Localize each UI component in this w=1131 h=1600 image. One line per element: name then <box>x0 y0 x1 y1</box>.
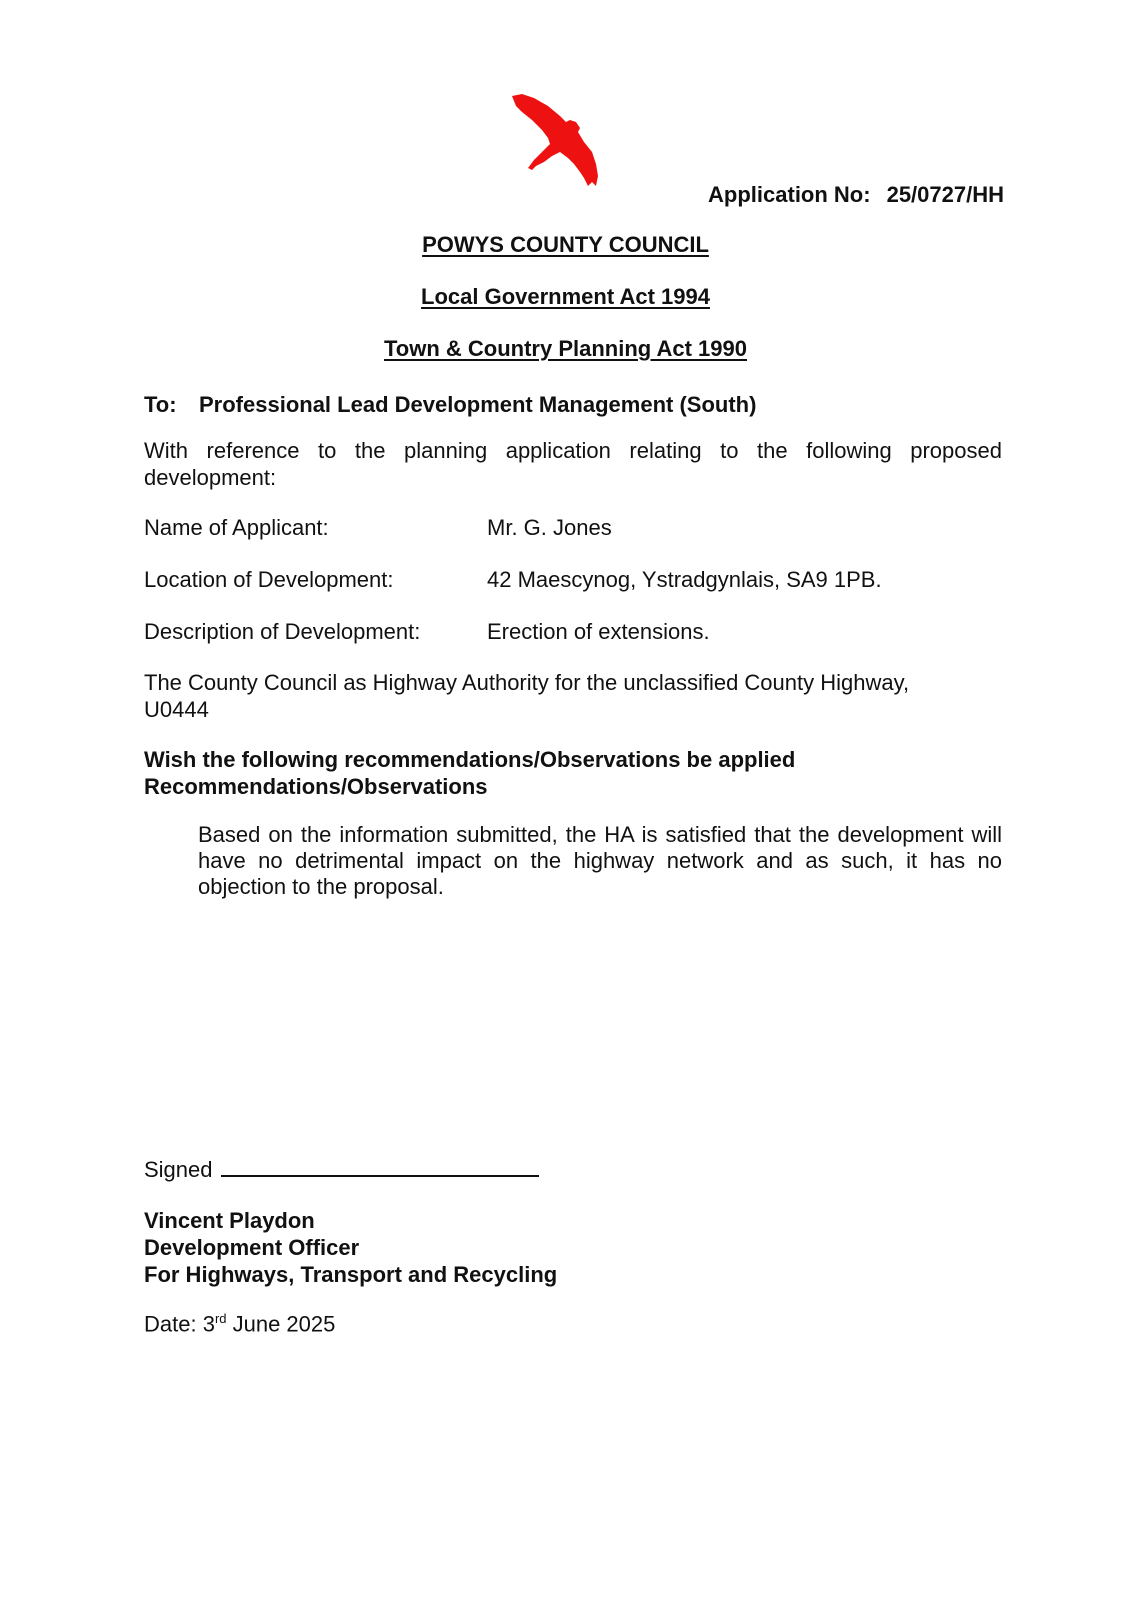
signatory-department: For Highways, Transport and Recycling <box>144 1261 557 1288</box>
date-rest: June 2025 <box>227 1311 336 1336</box>
detail-value: Mr. G. Jones <box>487 515 612 540</box>
intro-paragraph: With reference to the planning applicati… <box>144 437 1002 491</box>
detail-value: Erection of extensions. <box>487 619 710 644</box>
signatory-name: Vincent Playdon <box>144 1207 557 1234</box>
detail-row: Name of Applicant:Mr. G. Jones <box>144 515 612 541</box>
act-heading-1: Local Government Act 1994 <box>0 284 1131 310</box>
detail-label: Description of Development: <box>144 619 487 645</box>
council-heading: POWYS COUNTY COUNCIL <box>0 232 1131 258</box>
signed-label: Signed <box>144 1157 213 1182</box>
application-number-label: Application No: <box>708 182 871 207</box>
signature-field <box>221 1157 539 1177</box>
detail-label: Name of Applicant: <box>144 515 487 541</box>
date-ordinal: rd <box>215 1311 227 1326</box>
application-number: Application No:25/0727/HH <box>520 182 1004 208</box>
signatory-block: Vincent Playdon Development Officer For … <box>144 1207 557 1288</box>
recommendations-body: Based on the information submitted, the … <box>198 822 1002 900</box>
detail-row: Description of Development:Erection of e… <box>144 619 710 645</box>
detail-label: Location of Development: <box>144 567 487 593</box>
red-kite-logo-icon <box>508 90 614 188</box>
date-prefix: Date: 3 <box>144 1311 215 1336</box>
detail-value: 42 Maescynog, Ystradgynlais, SA9 1PB. <box>487 567 882 592</box>
authority-statement: The County Council as Highway Authority … <box>144 669 944 723</box>
recommendations-heading-2: Recommendations/Observations <box>144 773 1002 800</box>
addressee: To:Professional Lead Development Managem… <box>144 392 756 418</box>
application-number-value: 25/0727/HH <box>887 182 1004 207</box>
signatory-title: Development Officer <box>144 1234 557 1261</box>
date-line: Date: 3rd June 2025 <box>144 1311 335 1337</box>
recommendations-heading-1: Wish the following recommendations/Obser… <box>144 746 1002 773</box>
addressee-value: Professional Lead Development Management… <box>199 392 756 417</box>
act-heading-2: Town & Country Planning Act 1990 <box>0 336 1131 362</box>
detail-row: Location of Development:42 Maescynog, Ys… <box>144 567 882 593</box>
addressee-label: To: <box>144 392 199 418</box>
signed-line: Signed <box>144 1157 539 1183</box>
